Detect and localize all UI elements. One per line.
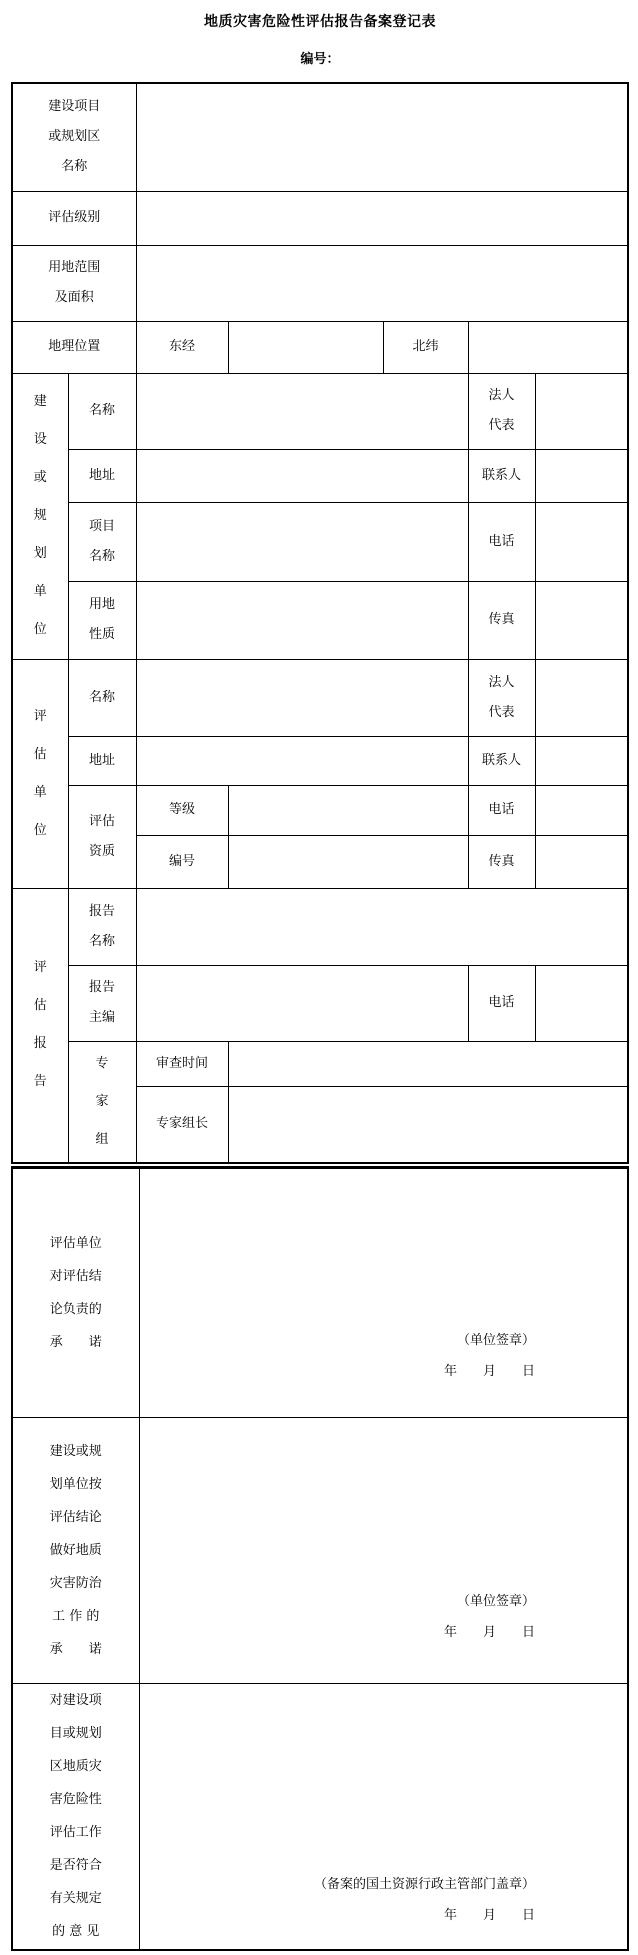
construction-unit-address-label: 地址 <box>68 449 136 502</box>
expert-group-label: 专 家 组 <box>68 1041 136 1163</box>
assessment-level-label: 评估级别 <box>12 191 136 245</box>
construction-commitment-label: 建设或规 划单位按 评估结论 做好地质 灾害防治 工 作 的 承 诺 <box>12 1418 139 1684</box>
construction-unit-project-label: 项目 名称 <box>68 502 136 581</box>
north-latitude-value <box>468 321 628 373</box>
project-name-value <box>136 83 628 191</box>
construction-unit-contact-label: 联系人 <box>468 449 535 502</box>
construction-unit-land-use-label: 用地 性质 <box>68 581 136 659</box>
assessment-unit-contact-value <box>535 736 628 785</box>
assessment-unit-phone-value <box>535 785 628 835</box>
assessment-unit-legal-rep-value <box>535 659 628 736</box>
land-scope-label: 用地范围 及面积 <box>12 245 136 321</box>
assessment-unit-contact-label: 联系人 <box>468 736 535 785</box>
assessment-unit-fax-label: 传真 <box>468 835 535 888</box>
report-phone-label: 电话 <box>468 965 535 1041</box>
report-name-label: 报告 名称 <box>68 888 136 965</box>
construction-unit-phone-value <box>535 502 628 581</box>
construction-unit-contact-value <box>535 449 628 502</box>
serial-number-label: 编号： <box>11 48 629 67</box>
report-editor-label: 报告 主编 <box>68 965 136 1041</box>
assessment-unit-name-label: 名称 <box>68 659 136 736</box>
assessment-unit-section-label: 评 估 单 位 <box>12 659 68 888</box>
report-name-value <box>136 888 628 965</box>
east-longitude-value <box>228 321 383 373</box>
construction-unit-fax-value <box>535 581 628 659</box>
authority-opinion-stamp-area: （备案的国土资源行政主管部门盖章） 年 月 日 <box>139 1684 628 1950</box>
construction-unit-land-use-value <box>136 581 468 659</box>
review-time-label: 审查时间 <box>136 1041 228 1086</box>
construction-unit-fax-label: 传真 <box>468 581 535 659</box>
east-longitude-label: 东经 <box>136 321 228 373</box>
north-latitude-label: 北纬 <box>383 321 468 373</box>
review-time-value <box>228 1041 628 1086</box>
construction-unit-legal-rep-value <box>535 373 628 449</box>
construction-unit-phone-label: 电话 <box>468 502 535 581</box>
report-editor-value <box>136 965 468 1041</box>
construction-unit-project-value <box>136 502 468 581</box>
geo-location-label: 地理位置 <box>12 321 136 373</box>
project-name-label: 建设项目 或规划区 名称 <box>12 83 136 191</box>
assessment-unit-legal-rep-label: 法人 代表 <box>468 659 535 736</box>
unit-commitment-stamp-area: （单位签章） 年 月 日 <box>139 1168 628 1418</box>
page-title: 地质灾害危险性评估报告备案登记表 <box>11 11 629 31</box>
construction-unit-name-label: 名称 <box>68 373 136 449</box>
unit-commitment-label: 评估单位 对评估结 论负责的 承 诺 <box>12 1168 139 1418</box>
qualification-number-value <box>228 835 468 888</box>
expert-leader-value <box>228 1086 628 1163</box>
assessment-level-value <box>136 191 628 245</box>
assessment-unit-address-label: 地址 <box>68 736 136 785</box>
assessment-unit-phone-label: 电话 <box>468 785 535 835</box>
assessment-qualification-label: 评估 资质 <box>68 785 136 888</box>
report-phone-value <box>535 965 628 1041</box>
form-document-page: 地质灾害危险性评估报告备案登记表 编号： 建设项目 或规划区 名称 评估级别 用… <box>0 0 638 1955</box>
construction-unit-legal-rep-label: 法人 代表 <box>468 373 535 449</box>
expert-leader-label: 专家组长 <box>136 1086 228 1163</box>
construction-unit-name-value <box>136 373 468 449</box>
qualification-number-label: 编号 <box>136 835 228 888</box>
construction-unit-address-value <box>136 449 468 502</box>
assessment-unit-address-value <box>136 736 468 785</box>
assessment-unit-name-value <box>136 659 468 736</box>
construction-unit-section-label: 建 设 或 规 划 单 位 <box>12 373 68 659</box>
qualification-grade-value <box>228 785 468 835</box>
commitment-table: 评估单位 对评估结 论负责的 承 诺 （单位签章） 年 月 日 建设或规 划单位… <box>11 1166 629 1951</box>
assessment-report-section-label: 评 估 报 告 <box>12 888 68 1163</box>
land-scope-value <box>136 245 628 321</box>
construction-commitment-stamp-area: （单位签章） 年 月 日 <box>139 1418 628 1684</box>
authority-opinion-label: 对建设项 目或规划 区地质灾 害危险性 评估工作 是否符合 有关规定 的 意 见 <box>12 1684 139 1950</box>
qualification-grade-label: 等级 <box>136 785 228 835</box>
registration-info-table: 建设项目 或规划区 名称 评估级别 用地范围 及面积 地理位置 东经 北纬 建 … <box>11 82 629 1164</box>
assessment-unit-fax-value <box>535 835 628 888</box>
